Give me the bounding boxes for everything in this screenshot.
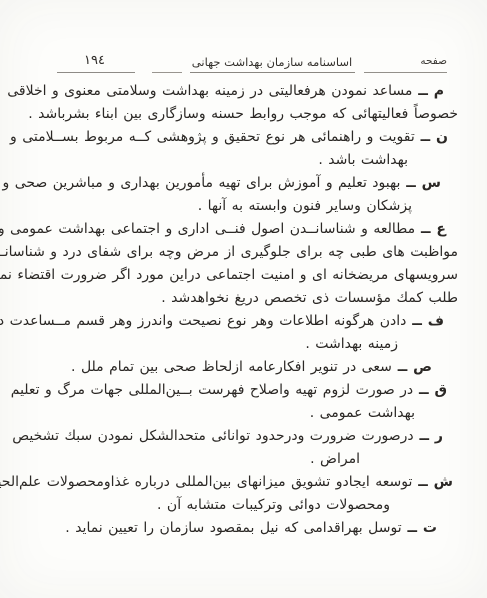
text-line: ش ــ توسعه ایجادو تشویق میزانهای بین‌الم…	[30, 471, 458, 494]
text-line: بهداشت باشد .	[30, 149, 458, 172]
clause-letter: ف ــ	[406, 313, 444, 329]
text-lines: م ــ مساعد نمودن هرفعالیتی در زمینه بهدا…	[30, 80, 458, 540]
text-line: طلب کمك مؤسسات ذی تخصص دریغ نخواهدشد .	[30, 287, 458, 310]
text-line: سرویسهای مریضخانه ای و امنیت اجتماعی درا…	[30, 264, 458, 287]
clause-text: تقویت و راهنمائی هر نوع تحقیق و پژوهشی ک…	[10, 129, 415, 145]
clause-text: زمینه بهداشت .	[305, 336, 398, 352]
text-line: ن ــ تقویت و راهنمائی هر نوع تحقیق و پژو…	[30, 126, 458, 149]
clause-text: در صورت لزوم تهیه واصلاح فهرست بــین‌الم…	[11, 382, 413, 398]
text-line: پزشکان وسایر فنون وابسته به آنها .	[30, 195, 458, 218]
text-line: زمینه بهداشت .	[30, 333, 458, 356]
clause-text: توسعه ایجادو تشویق میزانهای بین‌المللی د…	[0, 474, 412, 490]
clause-letter: ع ــ	[415, 221, 446, 237]
clause-letter: ن ــ	[415, 129, 448, 145]
text-line: ت ــ توسل بهراقدامی که نیل بمقصود سازمان…	[30, 517, 458, 540]
text-line: خصوصاً فعالیتهائی که موجب روابط حسنه وسا…	[30, 103, 458, 126]
clause-text: دادن هرگونه اطلاعات وهر نوع نصیحت واندرز…	[0, 313, 406, 329]
clause-text: سرویسهای مریضخانه ای و امنیت اجتماعی درا…	[0, 267, 458, 283]
scanned-document-page: صفحه اساسنامه سازمان بهداشت جهانی ١٩٤ م …	[0, 0, 487, 598]
clause-letter: م ــ	[412, 83, 444, 99]
text-line: بهداشت عمومی .	[30, 402, 458, 425]
clause-letter: ت ــ	[402, 520, 437, 536]
text-line: ومحصولات دوائی وترکیبات متشابه آن .	[30, 494, 458, 517]
header-page-label: صفحه	[420, 55, 447, 67]
clause-letter: ق ــ	[413, 382, 447, 398]
text-line: ق ــ در صورت لزوم تهیه واصلاح فهرست بــی…	[30, 379, 458, 402]
clause-text: توسل بهراقدامی که نیل بمقصود سازمان را ت…	[65, 520, 401, 536]
clause-text: مواظبت های طبی چه برای جلوگیری از مرض وچ…	[0, 244, 458, 260]
clause-text: درصورت ضرورت ودرحدود توانائی متحدالشکل ن…	[12, 428, 413, 444]
clause-text: خصوصاً فعالیتهائی که موجب روابط حسنه وسا…	[28, 106, 458, 122]
clause-letter: ش ــ	[412, 474, 453, 490]
clause-letter: س ــ	[400, 175, 441, 191]
header-divider-rule	[57, 72, 447, 73]
text-line: س ــ بهبود تعلیم و آموزش برای تهیه مأمور…	[30, 172, 458, 195]
text-line: ف ــ دادن هرگونه اطلاعات وهر نوع نصیحت و…	[30, 310, 458, 333]
header-page-number: ١٩٤	[84, 53, 105, 68]
clause-text: پزشکان وسایر فنون وابسته به آنها .	[198, 198, 412, 214]
clause-text: بهبود تعلیم و آموزش برای تهیه مأمورین به…	[3, 175, 401, 191]
clause-text: امراض .	[310, 451, 360, 467]
clause-letter: ر ــ	[414, 428, 443, 444]
clause-text: بهداشت عمومی .	[310, 405, 415, 421]
clause-text: مساعد نمودن هرفعالیتی در زمینه بهداشت وس…	[7, 83, 412, 99]
clause-letter: ص ــ	[392, 359, 432, 375]
clause-text: مطالعه و شناسانــدن اصول فنــی اداری و ا…	[0, 221, 415, 237]
clause-text: ومحصولات دوائی وترکیبات متشابه آن .	[157, 497, 390, 513]
text-line: م ــ مساعد نمودن هرفعالیتی در زمینه بهدا…	[30, 80, 458, 103]
text-line: ع ــ مطالعه و شناسانــدن اصول فنــی ادار…	[30, 218, 458, 241]
header-document-title: اساسنامه سازمان بهداشت جهانی	[182, 55, 362, 69]
text-line: مواظبت های طبی چه برای جلوگیری از مرض وچ…	[30, 241, 458, 264]
clause-text: بهداشت باشد .	[318, 152, 408, 168]
clause-text: طلب کمك مؤسسات ذی تخصص دریغ نخواهدشد .	[161, 290, 458, 306]
text-line: ر ــ درصورت ضرورت ودرحدود توانائی متحدال…	[30, 425, 458, 448]
text-line: ص ــ سعی در تنویر افکارعامه ازلحاظ صحی ب…	[30, 356, 458, 379]
text-line: امراض .	[30, 448, 458, 471]
clause-text: سعی در تنویر افکارعامه ازلحاظ صحی بین تم…	[71, 359, 392, 375]
